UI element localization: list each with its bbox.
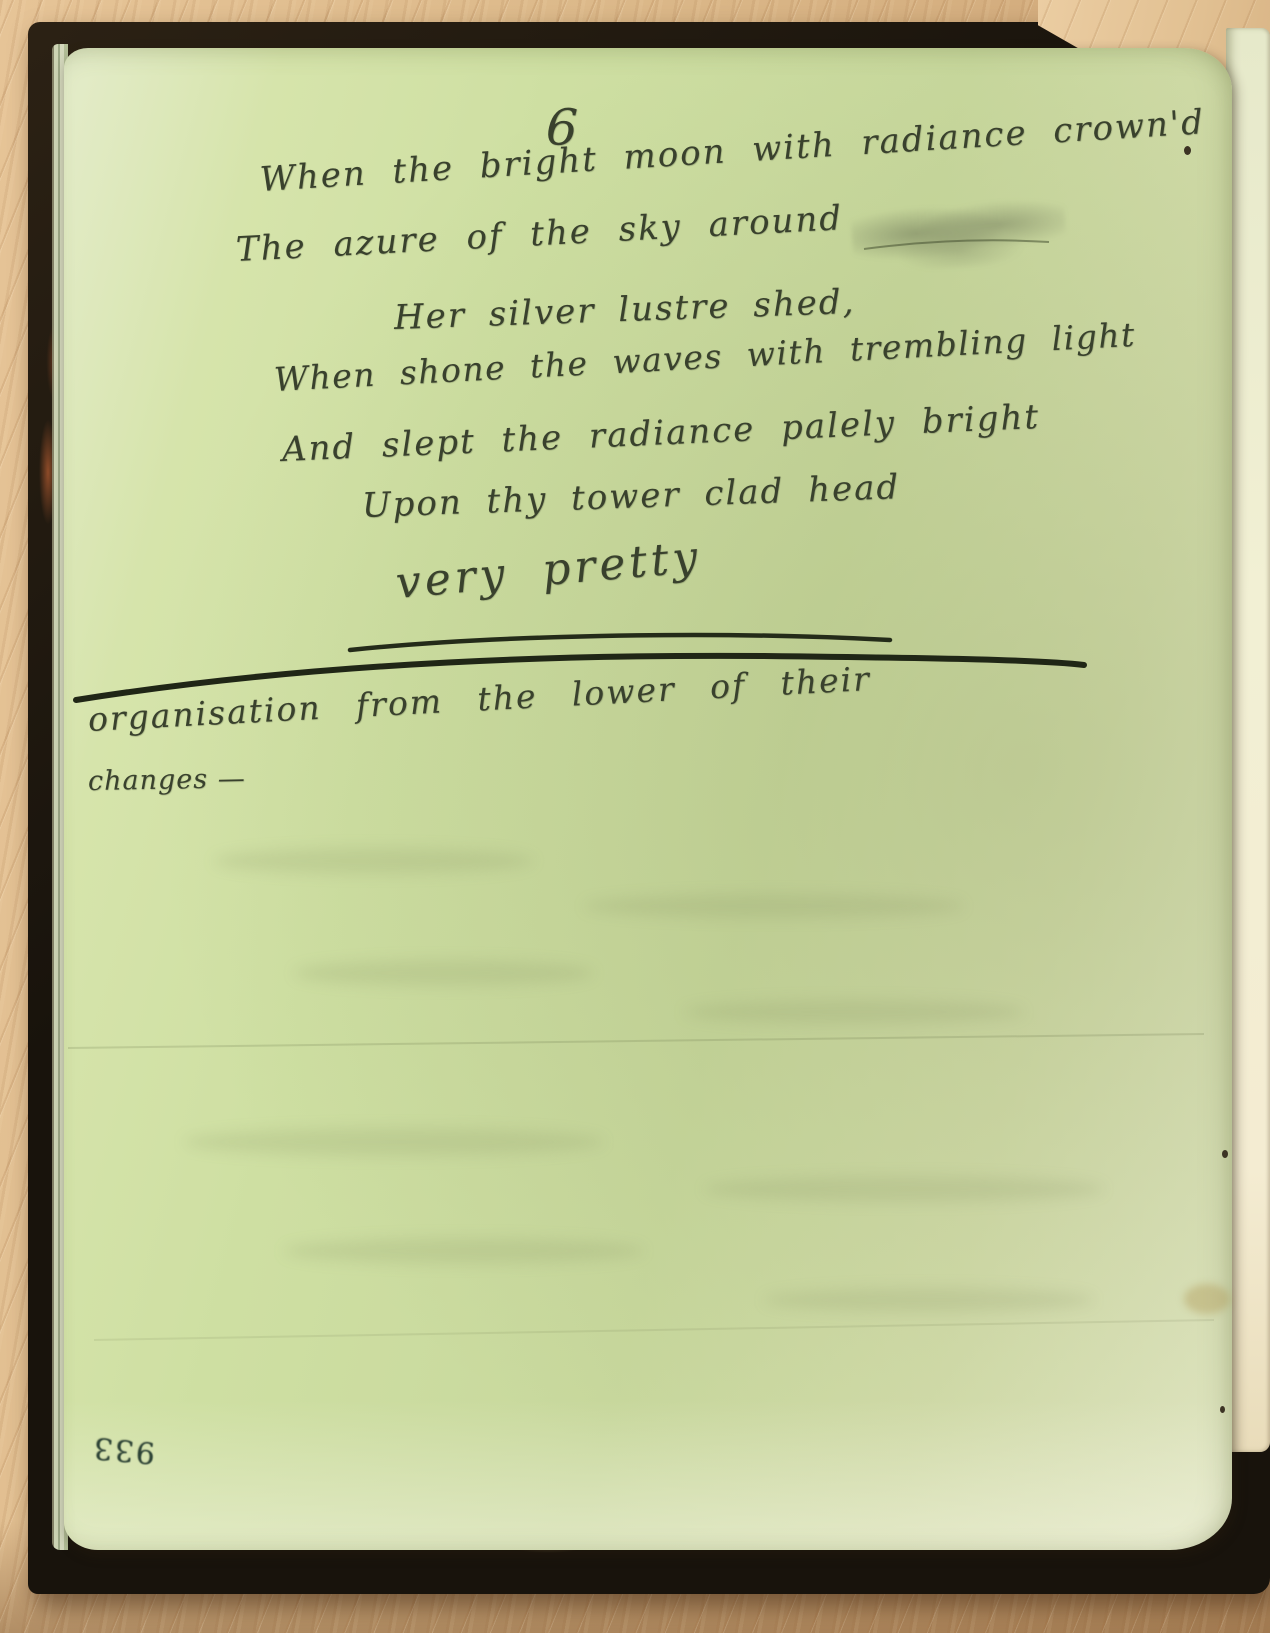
poem-line-5: And slept the radiance palely bright xyxy=(281,397,1041,470)
page-fore-edge xyxy=(1226,28,1270,1452)
paper-speck xyxy=(1220,1406,1225,1413)
show-through-ghost xyxy=(764,1288,1094,1312)
annotation-underline-stroke xyxy=(350,635,890,650)
manuscript-page: 6 When the bright moon with radiance cro… xyxy=(64,48,1232,1550)
marginal-note-line-2: changes — xyxy=(88,763,246,797)
paper-speck xyxy=(1222,1150,1228,1158)
show-through-ghost xyxy=(704,1176,1104,1202)
faint-crease-line-1 xyxy=(68,1034,1204,1048)
reader-annotation: very pretty xyxy=(394,531,704,608)
show-through-ghost xyxy=(284,1238,644,1264)
poem-line-6: Upon thy tower clad head xyxy=(361,467,900,526)
poem-line-1: When the bright moon with radiance crown… xyxy=(259,102,1206,200)
show-through-ghost xyxy=(184,1128,604,1156)
poem-line-3: Her silver lustre shed, xyxy=(393,282,856,338)
show-through-ghost xyxy=(214,848,534,874)
marginal-note-line-1: organisation from the lower of their xyxy=(87,659,872,739)
paper-speck xyxy=(1184,146,1191,155)
paper-stain xyxy=(1184,1284,1230,1314)
show-through-ghost xyxy=(584,894,964,918)
show-through-ghost xyxy=(294,960,594,986)
ink-strokes-overlay xyxy=(64,48,1232,1550)
archive-number: 933 xyxy=(91,1429,157,1469)
erased-word-smudge xyxy=(850,193,1068,276)
show-through-ghost xyxy=(684,1000,1024,1024)
poem-line-2: The azure of the sky around xyxy=(235,198,844,270)
faint-crease-line-2 xyxy=(94,1320,1214,1340)
